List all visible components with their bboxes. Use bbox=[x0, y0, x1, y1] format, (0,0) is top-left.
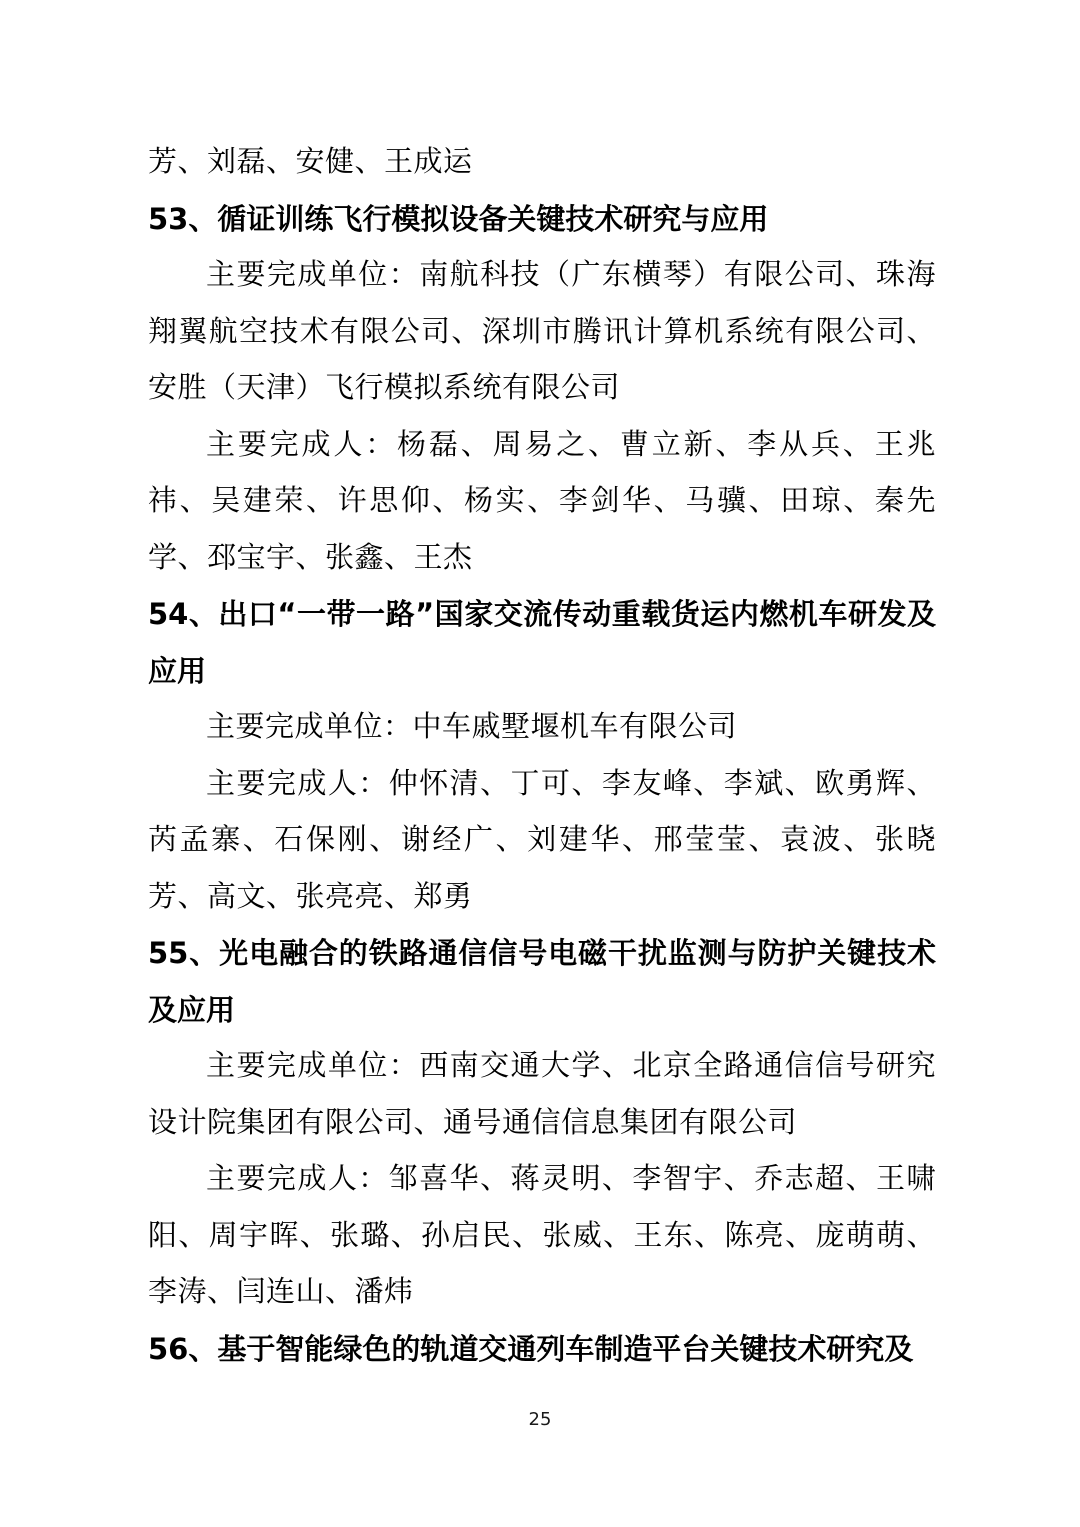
section-53-units-paragraph: 主要完成单位：南航科技（广东横琴）有限公司、珠海翔翼航空技术有限公司、深圳市腾讯… bbox=[148, 247, 936, 417]
section-53-units-label: 主要完成单位： bbox=[206, 259, 419, 291]
section-54-people-label: 主要完成人： bbox=[206, 768, 389, 800]
section-53-title: 53、循证训练飞行模拟设备关键技术研究与应用 bbox=[148, 191, 936, 248]
section-55-units-label: 主要完成单位： bbox=[206, 1050, 419, 1082]
section-55-title: 55、光电融合的铁路通信信号电磁干扰监测与防护关键技术及应用 bbox=[148, 925, 936, 1038]
section-55-people-paragraph: 主要完成人：邹喜华、蒋灵明、李智宇、乔志超、王啸阳、周宇晖、张璐、孙启民、张威、… bbox=[148, 1151, 936, 1321]
section-55-people-label: 主要完成人： bbox=[206, 1163, 389, 1195]
section-56-title: 56、基于智能绿色的轨道交通列车制造平台关键技术研究及 bbox=[148, 1321, 936, 1378]
page-number: 25 bbox=[0, 1407, 1080, 1433]
section-53-people-paragraph: 主要完成人：杨磊、周易之、曹立新、李从兵、王兆祎、吴建荣、许思仰、杨实、李剑华、… bbox=[148, 417, 936, 587]
section-54-people-paragraph: 主要完成人：仲怀清、丁可、李友峰、李斌、欧勇辉、芮孟寨、石保刚、谢经广、刘建华、… bbox=[148, 756, 936, 926]
section-55-units-paragraph: 主要完成单位：西南交通大学、北京全路通信信号研究设计院集团有限公司、通号通信信息… bbox=[148, 1038, 936, 1151]
section-54-units-label: 主要完成单位： bbox=[206, 711, 413, 743]
document-page: 芳、刘磊、安健、王成运 53、循证训练飞行模拟设备关键技术研究与应用 主要完成单… bbox=[0, 0, 1080, 1527]
page-content: 芳、刘磊、安健、王成运 53、循证训练飞行模拟设备关键技术研究与应用 主要完成单… bbox=[148, 134, 936, 1377]
section-54-units-text: 中车戚墅堰机车有限公司 bbox=[413, 711, 738, 743]
section-54-units-paragraph: 主要完成单位：中车戚墅堰机车有限公司 bbox=[148, 699, 936, 756]
previous-section-people-continuation: 芳、刘磊、安健、王成运 bbox=[148, 134, 936, 191]
section-53-people-label: 主要完成人： bbox=[206, 429, 397, 461]
section-54-title: 54、出口“一带一路”国家交流传动重载货运内燃机车研发及应用 bbox=[148, 586, 936, 699]
